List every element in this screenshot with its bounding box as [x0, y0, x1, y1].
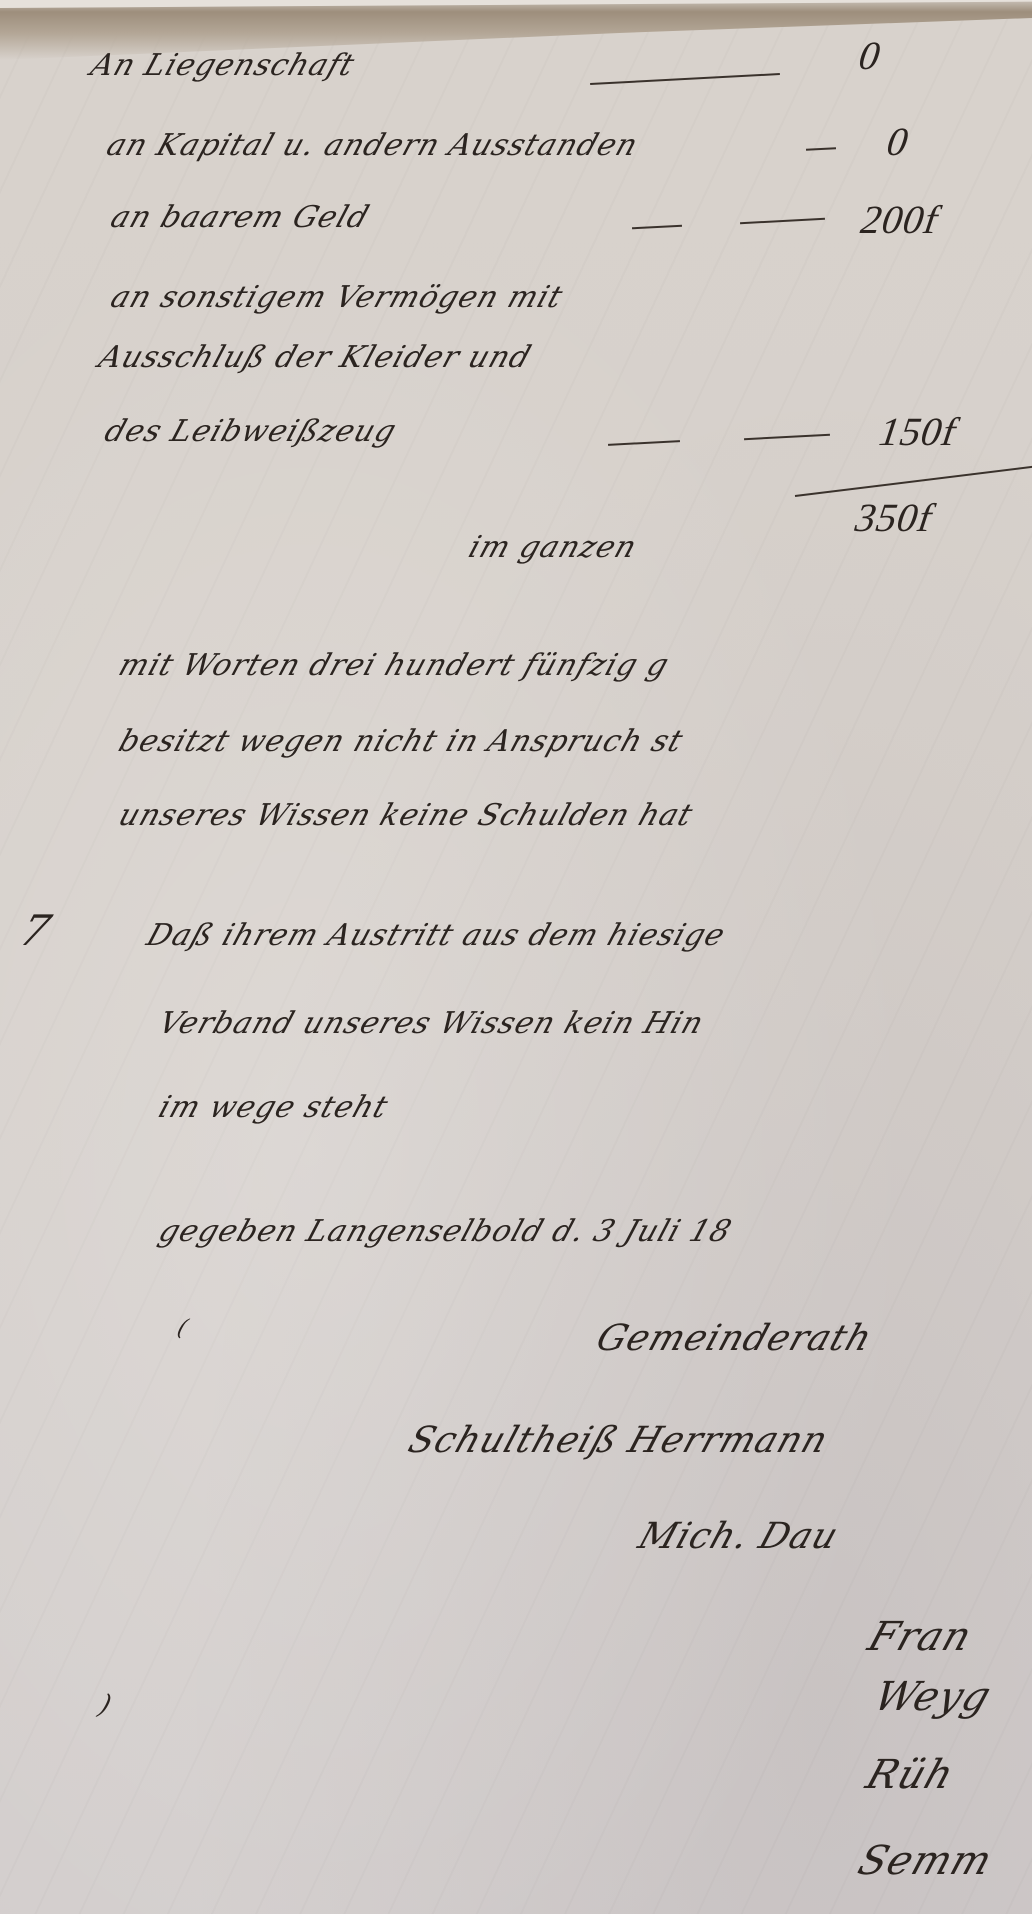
paragraph-2-line-3: im wege steht: [154, 1090, 392, 1125]
paragraph-2-line-1: Daß ihrem Austritt aus dem hiesige: [142, 918, 730, 953]
inventory-amount-cash: 200f: [854, 196, 947, 243]
total-label: im ganzen: [464, 530, 641, 565]
inventory-label-excluding-clothes: Ausschluß der Kleider und: [94, 340, 536, 375]
inventory-label-linen: des Leibweißzeug: [100, 414, 401, 449]
inventory-label-real-estate: An Liegenschaft: [86, 48, 359, 83]
signature-3: Fran: [863, 1614, 978, 1660]
paragraph-2-line-2: Verband unseres Wissen kein Hin: [154, 1006, 708, 1041]
council-heading: Gemeinderath: [591, 1318, 877, 1359]
place-date-line: gegeben Langenselbold d. 3 Juli 18: [154, 1214, 736, 1249]
signature-4: Weyg: [869, 1674, 998, 1720]
paragraph-1-line-2: besitzt wegen nicht in Anspruch st: [114, 724, 687, 759]
signature-6: Semm: [853, 1838, 999, 1884]
signature-5: Rüh: [861, 1752, 961, 1798]
paragraph-1-line-3: unseres Wissen keine Schulden hat: [114, 798, 697, 833]
inventory-label-cash: an baarem Geld: [106, 200, 374, 235]
inventory-label-other-assets: an sonstigem Vermögen mit: [106, 280, 567, 315]
inventory-amount-linen: 150f: [872, 408, 965, 455]
signature-mayor: Schultheiß Herrmann: [403, 1420, 833, 1461]
signature-2: Mich. Dau: [633, 1516, 843, 1557]
paragraph-1-line-1: mit Worten drei hundert fünfzig g: [114, 648, 673, 683]
inventory-label-capital: an Kapital u. andern Ausstanden: [102, 128, 642, 163]
total-amount: 350f: [848, 494, 941, 541]
